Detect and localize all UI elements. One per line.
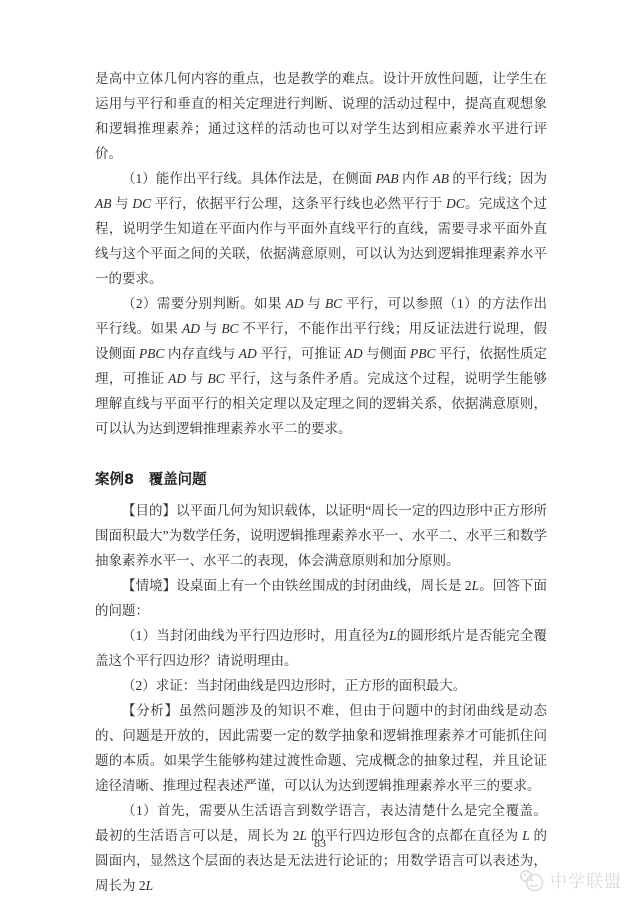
paragraph: （1）当封闭曲线为平行四边形时，用直径为L的圆形纸片是否能完全覆盖这个平行四边形… xyxy=(95,623,547,673)
smiley-logo-icon xyxy=(518,868,545,892)
case-heading: 案例8 覆盖问题 xyxy=(95,468,547,493)
paragraph: （2）需要分别判断。如果 AD 与 BC 平行，可以参照（1）的方法作出平行线。… xyxy=(95,291,547,441)
document-page: 是高中立体几何内容的重点，也是教学的难点。设计开放性问题，让学生在运用与平行和垂… xyxy=(0,0,640,905)
page-number: 83 xyxy=(0,836,640,851)
paragraph: （1）能作出平行线。具体作法是，在侧面 PAB 内作 AB 的平行线；因为 AB… xyxy=(95,166,547,291)
paragraph: （2）求证：当封闭曲线是四边形时，正方形的面积最大。 xyxy=(95,673,547,698)
document-body: 是高中立体几何内容的重点，也是教学的难点。设计开放性问题，让学生在运用与平行和垂… xyxy=(95,66,547,898)
watermark-label: 中学联盟 xyxy=(550,867,622,892)
watermark: 中学联盟 xyxy=(518,867,622,892)
paragraph: 【目的】以平面几何为知识载体，以证明“周长一定的四边形中正方形所围面积最大”为数… xyxy=(95,498,547,573)
paragraph: 【情境】设桌面上有一个由铁丝围成的封闭曲线，周长是 2L。回答下面的问题： xyxy=(95,573,547,623)
paragraph: 是高中立体几何内容的重点，也是教学的难点。设计开放性问题，让学生在运用与平行和垂… xyxy=(95,66,547,166)
paragraph: 【分析】虽然问题涉及的知识不难，但由于问题中的封闭曲线是动态的、问题是开放的，因… xyxy=(95,698,547,798)
